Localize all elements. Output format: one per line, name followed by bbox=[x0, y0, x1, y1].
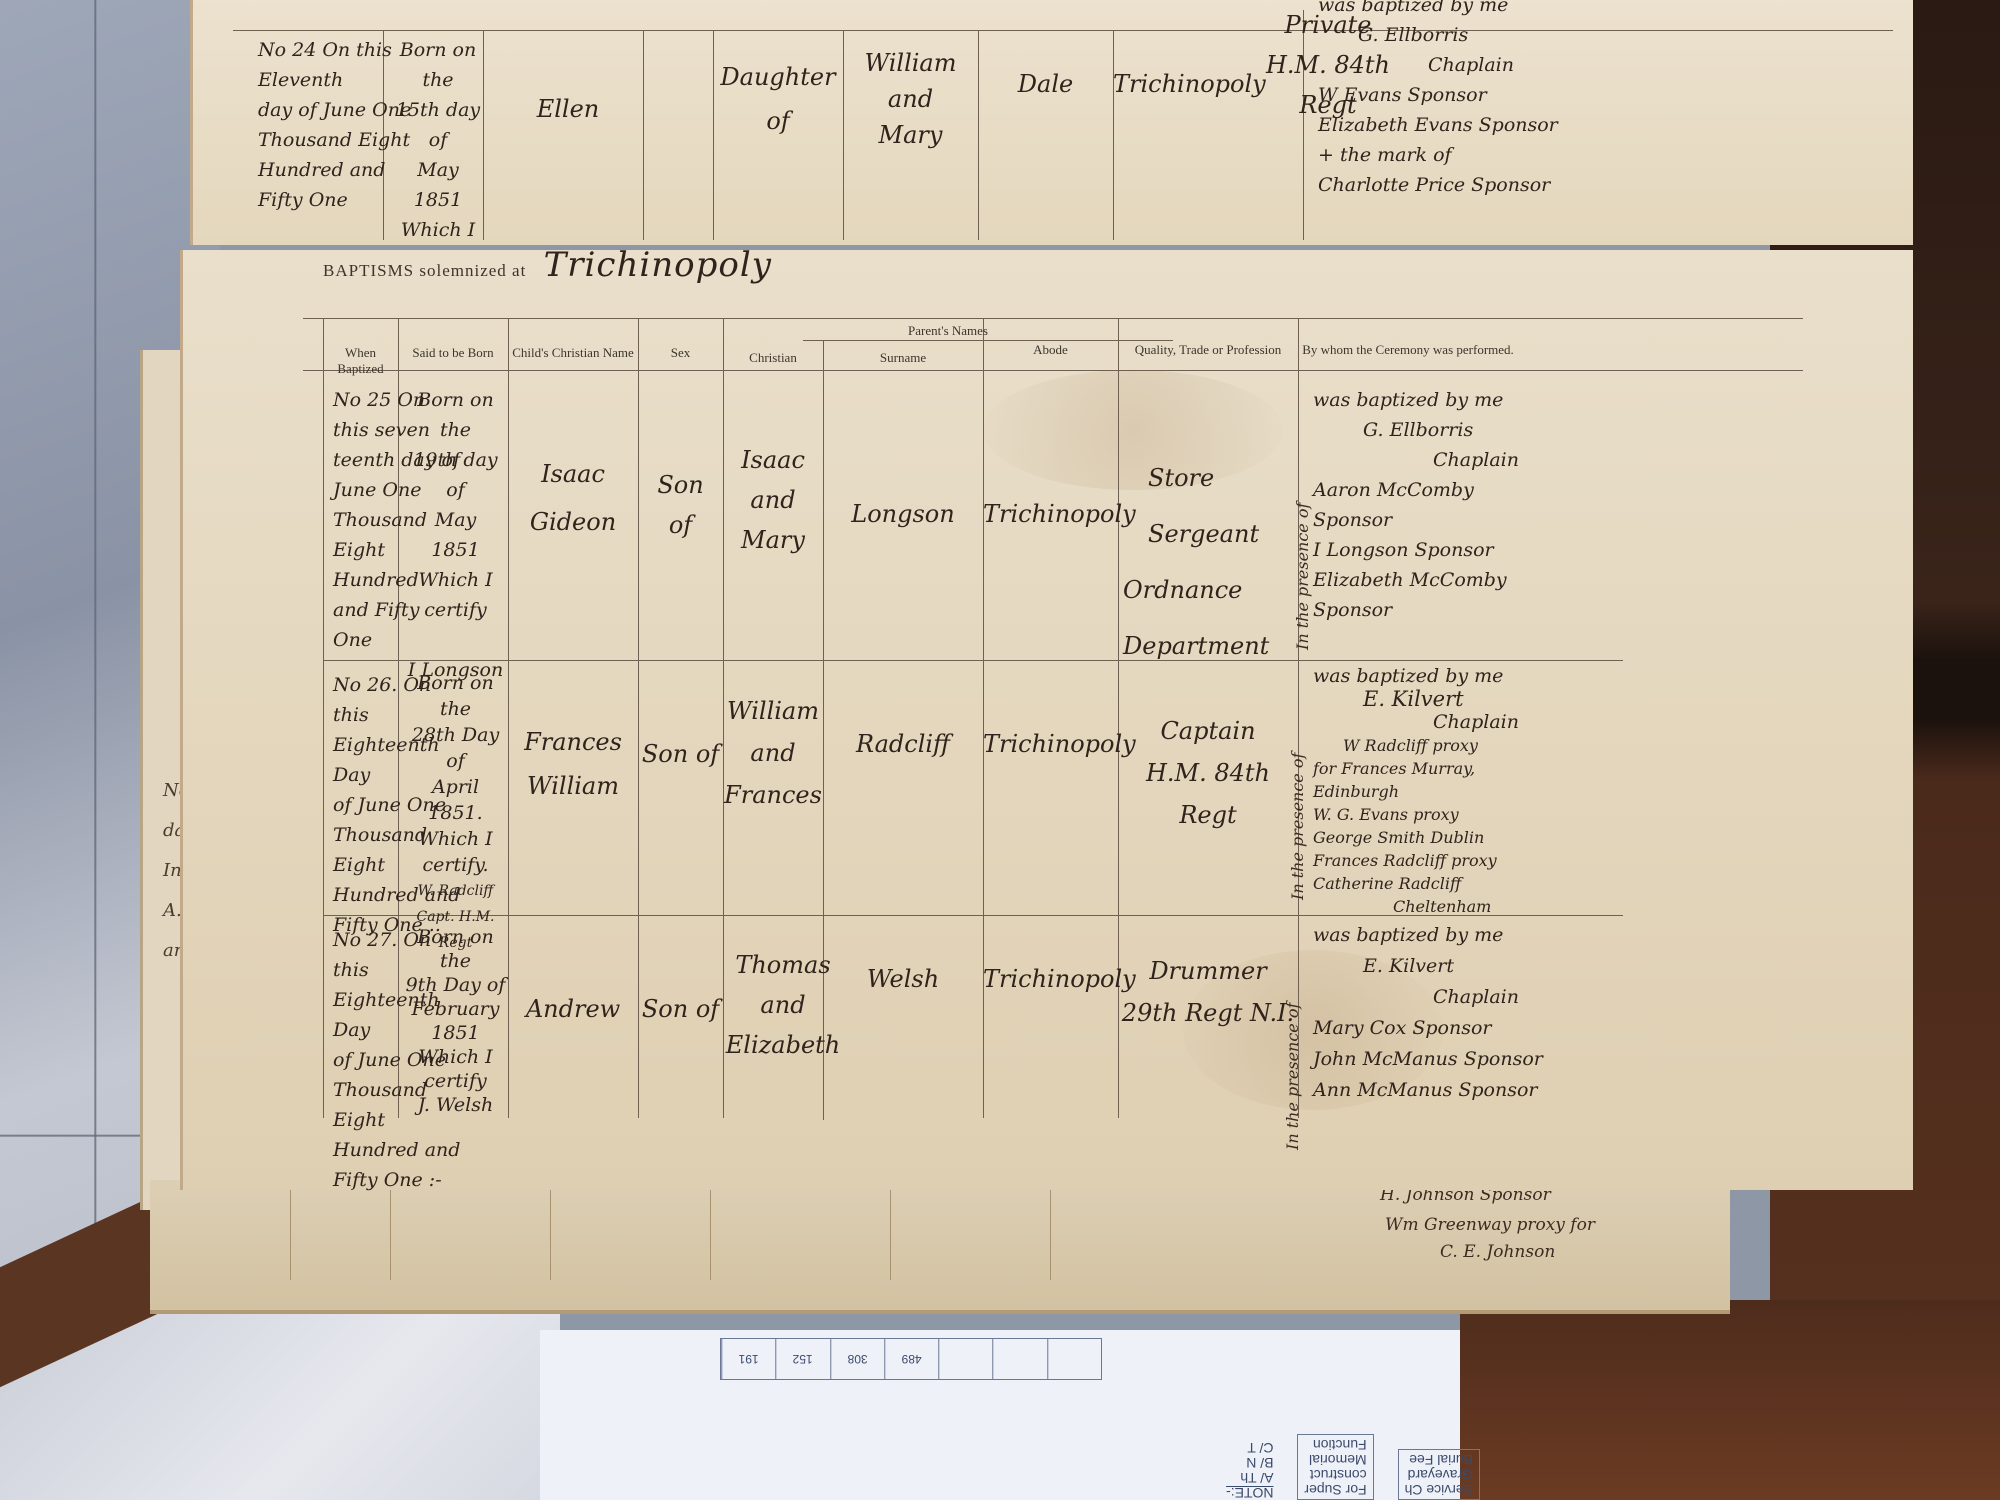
parents-christian-cell: William and Mary bbox=[843, 45, 978, 153]
previous-page: No 24 On this Eleventh day of June One T… bbox=[190, 0, 1913, 245]
profession-cell: Drummer 29th Regt N.I. bbox=[1118, 950, 1298, 1034]
text-line: and bbox=[843, 81, 978, 117]
text-line: for Frances Murray, Edinburgh bbox=[1313, 757, 1543, 803]
child-name-cell: Andrew bbox=[508, 995, 638, 1023]
profession-cell: Store Sergeant Ordnance Department bbox=[1123, 450, 1313, 674]
text-line: May bbox=[388, 155, 488, 185]
text-line: 1851 bbox=[388, 185, 488, 215]
text-line: 1851 bbox=[403, 535, 508, 565]
text-line: Born on the bbox=[403, 925, 508, 973]
margin-note: In the presence of bbox=[1283, 1003, 1302, 1150]
text-line: Captain bbox=[1118, 710, 1298, 752]
wooden-desk-lower bbox=[1460, 1300, 2000, 1500]
text-line: W Radcliff proxy bbox=[1313, 734, 1543, 757]
text-line: G. Ellborris bbox=[1313, 415, 1543, 445]
text-line: E. Kilvert bbox=[1313, 688, 1543, 711]
parents-christian-cell: William and Frances bbox=[723, 690, 823, 816]
text-line: of bbox=[638, 505, 723, 545]
child-name-cell: Isaac Gideon bbox=[508, 450, 638, 546]
text-line: John McManus Sponsor bbox=[1313, 1044, 1543, 1075]
sex-cell: Son of bbox=[638, 740, 723, 768]
text-line: I Longson Sponsor bbox=[1313, 535, 1543, 565]
box-line: Graveyard bbox=[1405, 1467, 1473, 1482]
column-rule bbox=[890, 1180, 891, 1280]
sex-cell: Daughter of bbox=[713, 55, 843, 143]
surname-cell: Welsh bbox=[823, 965, 983, 993]
text-line: Gideon bbox=[508, 498, 638, 546]
heading-place-name: Trichinopoly bbox=[544, 245, 772, 285]
text-line: Born on the bbox=[403, 670, 508, 722]
text-line: and bbox=[723, 732, 823, 774]
text-line: was baptized by me bbox=[1313, 920, 1543, 951]
note-label: NOTE:- bbox=[1226, 1485, 1273, 1500]
text-line: Daughter bbox=[713, 55, 843, 99]
text-line: Chaplain bbox=[1318, 50, 1558, 80]
performed-by-cell: was baptized by me E. Kilvert Chaplain W… bbox=[1313, 665, 1543, 918]
text-line: Which I bbox=[403, 1045, 508, 1069]
parents-christian-cell: Isaac and Mary bbox=[723, 440, 823, 560]
header-top-rule bbox=[303, 318, 1803, 319]
column-header-sex: Sex bbox=[638, 345, 723, 361]
column-header-abode: Abode bbox=[983, 342, 1118, 358]
loose-printed-sheet: 191 152 308 489 Service Ch Graveyard Bur… bbox=[540, 1330, 1460, 1500]
margin-note: In the presence of bbox=[1293, 503, 1312, 650]
column-header-christian: Christian bbox=[723, 350, 823, 366]
current-register-page: BAPTISMS solemnized at Trichinopoly When… bbox=[180, 250, 1913, 1190]
text-line: Drummer bbox=[1118, 950, 1298, 992]
surname-cell: Radcliff bbox=[823, 730, 983, 758]
text-line: certify. bbox=[403, 852, 508, 878]
text-line: 9th Day of bbox=[403, 973, 508, 997]
surname-cell: Longson bbox=[823, 500, 983, 528]
abode-cell: Trichinopoly bbox=[983, 500, 1118, 528]
text-line: J. Welsh bbox=[403, 1093, 508, 1117]
text-line: William bbox=[508, 764, 638, 808]
table-cell: 308 bbox=[830, 1339, 884, 1379]
note-item: B/ N bbox=[1226, 1455, 1273, 1470]
column-rule bbox=[1050, 1180, 1051, 1280]
column-rule bbox=[983, 318, 984, 1118]
text-line: 19th day of bbox=[403, 445, 508, 505]
text-line: Cheltenham bbox=[1313, 895, 1543, 918]
text-line: G. Ellborris bbox=[1318, 20, 1558, 50]
text-line: Ordnance Department bbox=[1123, 562, 1313, 674]
column-header-surname: Surname bbox=[823, 350, 983, 366]
text-line: Charlotte Price Sponsor bbox=[1318, 170, 1558, 200]
column-rule bbox=[390, 1180, 391, 1280]
table-cell: 489 bbox=[884, 1339, 938, 1379]
table-cell bbox=[938, 1339, 992, 1379]
sex-cell: Son of bbox=[638, 465, 723, 545]
text-line: Son bbox=[638, 465, 723, 505]
box-line: Memorial bbox=[1304, 1452, 1366, 1467]
table-cell bbox=[1047, 1339, 1101, 1379]
margin-note: In the presence of bbox=[1288, 753, 1307, 900]
text-line: was baptized by me bbox=[1313, 665, 1543, 688]
box-line: construct bbox=[1304, 1467, 1366, 1482]
abode-cell: Trichinopoly bbox=[983, 730, 1118, 758]
sex-cell: Son of bbox=[638, 995, 723, 1023]
lower-page-strip: H. Johnson Sponsor Wm Greenway proxy for… bbox=[150, 1180, 1730, 1314]
box-line: Burial Fee bbox=[1405, 1452, 1473, 1467]
column-rule bbox=[643, 30, 644, 240]
text-line: Frances bbox=[723, 774, 823, 816]
text-line: Aaron McComby Sponsor bbox=[1313, 475, 1543, 535]
text-line: Born on the bbox=[388, 35, 488, 95]
heading-printed-text: BAPTISMS solemnized at bbox=[323, 261, 526, 280]
child-name-cell: Frances William bbox=[508, 720, 638, 808]
column-rule bbox=[323, 318, 324, 1118]
text-line: Store Sergeant bbox=[1123, 450, 1313, 562]
text-line: Which I certify bbox=[403, 565, 508, 625]
column-header-when-baptized: When Baptized bbox=[323, 345, 398, 377]
surname-cell: Dale bbox=[978, 70, 1113, 98]
text-line: Elizabeth bbox=[723, 1025, 843, 1065]
text-line: certify bbox=[403, 1069, 508, 1093]
text-line: William bbox=[843, 45, 978, 81]
text-line: 1851 bbox=[403, 1021, 508, 1045]
text-line: May bbox=[403, 505, 508, 535]
loose-sheet-notes: Service Ch Graveyard Burial Fee For Supe… bbox=[780, 1440, 1480, 1500]
supervision-box: For Super construct Memorial Function bbox=[1297, 1434, 1373, 1500]
text-line: Elizabeth Evans Sponsor bbox=[1318, 110, 1558, 140]
box-line: For Super bbox=[1304, 1482, 1366, 1497]
header-bottom-rule bbox=[303, 370, 1803, 371]
column-rule bbox=[550, 1180, 551, 1280]
baptism-register-book: No 30 day of In the A. Eighteenth and Fi… bbox=[100, 0, 1800, 1310]
box-line: Service Ch bbox=[1405, 1482, 1473, 1497]
sponsor-signature: C. E. Johnson bbox=[1440, 1242, 1555, 1262]
column-header-performed-by: By whom the Ceremony was performed. bbox=[1298, 342, 1518, 358]
text-line: 1851. bbox=[403, 800, 508, 826]
text-line: George Smith Dublin bbox=[1313, 826, 1543, 849]
abode-cell: Trichinopoly bbox=[983, 965, 1118, 993]
column-header-born: Said to be Born bbox=[398, 345, 508, 361]
text-line: Isaac bbox=[723, 440, 823, 480]
fees-box: Service Ch Graveyard Burial Fee bbox=[1398, 1449, 1480, 1500]
text-line: H.M. 84th Regt bbox=[1118, 752, 1298, 836]
text-line: Isaac bbox=[508, 450, 638, 498]
text-line: Mary bbox=[843, 117, 978, 153]
text-line: of bbox=[713, 99, 843, 143]
column-rule bbox=[290, 1180, 291, 1280]
note-list: NOTE:- A/ Th B/ N C/ T bbox=[1226, 1440, 1273, 1500]
text-line: Elizabeth McComby Sponsor bbox=[1313, 565, 1543, 625]
text-line: Fifty One :- bbox=[333, 1165, 463, 1195]
text-line: 29th Regt N.I. bbox=[1118, 992, 1298, 1034]
text-line: was baptized by me bbox=[1313, 385, 1543, 415]
column-header-parents-names: Parent's Names bbox=[723, 323, 1173, 339]
text-line: E. Kilvert bbox=[1313, 951, 1543, 982]
text-line: + the mark of bbox=[1318, 140, 1558, 170]
sponsor-signature: Wm Greenway proxy for bbox=[1385, 1215, 1595, 1235]
column-rule bbox=[1113, 30, 1114, 240]
column-header-child-name: Child's Christian Name bbox=[508, 345, 638, 361]
text-line: Mary Cox Sponsor bbox=[1313, 1013, 1543, 1044]
performed-by-cell: was baptized by me E. Kilvert Chaplain M… bbox=[1313, 920, 1543, 1106]
text-line: and bbox=[723, 480, 823, 520]
text-line: April bbox=[403, 774, 508, 800]
text-line: W. G. Evans proxy bbox=[1313, 803, 1543, 826]
text-line: Catherine Radcliff bbox=[1313, 872, 1543, 895]
text-line: was baptized by me bbox=[1318, 0, 1558, 20]
parents-christian-cell: Thomas and Elizabeth bbox=[723, 945, 843, 1065]
text-line: 15th day of bbox=[388, 95, 488, 155]
text-line: Frances bbox=[508, 720, 638, 764]
text-line: Which I bbox=[403, 826, 508, 852]
register-heading: BAPTISMS solemnized at Trichinopoly bbox=[323, 245, 772, 285]
child-name-cell: Ellen bbox=[493, 95, 643, 123]
table-cell: 152 bbox=[775, 1339, 829, 1379]
text-line: Chaplain bbox=[1313, 982, 1543, 1013]
row-rule bbox=[323, 660, 1623, 661]
abode-cell: Trichinopoly bbox=[1113, 70, 1263, 98]
born-cell: Born on the 28th Day of April 1851. Whic… bbox=[403, 670, 508, 956]
text-line: February bbox=[403, 997, 508, 1021]
note-item: C/ T bbox=[1226, 1440, 1273, 1455]
row-rule bbox=[233, 30, 1893, 31]
column-rule bbox=[1298, 318, 1299, 1118]
text-line: W. Radcliff bbox=[403, 878, 508, 904]
text-line: Ann McManus Sponsor bbox=[1313, 1075, 1543, 1106]
text-line: Hundred and bbox=[333, 1135, 463, 1165]
born-cell: Born on the 9th Day of February 1851 Whi… bbox=[403, 925, 508, 1117]
box-line: Function bbox=[1304, 1437, 1366, 1452]
column-rule bbox=[710, 1180, 711, 1280]
column-rule bbox=[978, 30, 979, 240]
table-cell bbox=[992, 1339, 1046, 1379]
text-line: W Evans Sponsor bbox=[1318, 80, 1558, 110]
table-cell: 191 bbox=[721, 1339, 775, 1379]
performed-by-cell: was baptized by me G. Ellborris Chaplain… bbox=[1313, 385, 1543, 625]
text-line: Chaplain bbox=[1313, 445, 1543, 475]
text-line: Born on the bbox=[403, 385, 508, 445]
text-line: Frances Radcliff proxy bbox=[1313, 849, 1543, 872]
text-line: William bbox=[723, 690, 823, 732]
loose-sheet-table: 191 152 308 489 bbox=[720, 1338, 1102, 1380]
text-line: Chaplain bbox=[1313, 711, 1543, 734]
text-line: 28th Day of bbox=[403, 722, 508, 774]
performed-by-cell: was baptized by me G. Ellborris Chaplain… bbox=[1318, 0, 1558, 200]
note-item: A/ Th bbox=[1226, 1470, 1273, 1485]
column-header-profession: Quality, Trade or Profession bbox=[1118, 342, 1298, 358]
born-cell: Born on the 19th day of May 1851 Which I… bbox=[403, 385, 508, 685]
text-line: Mary bbox=[723, 520, 823, 560]
profession-cell: Captain H.M. 84th Regt bbox=[1118, 710, 1298, 836]
